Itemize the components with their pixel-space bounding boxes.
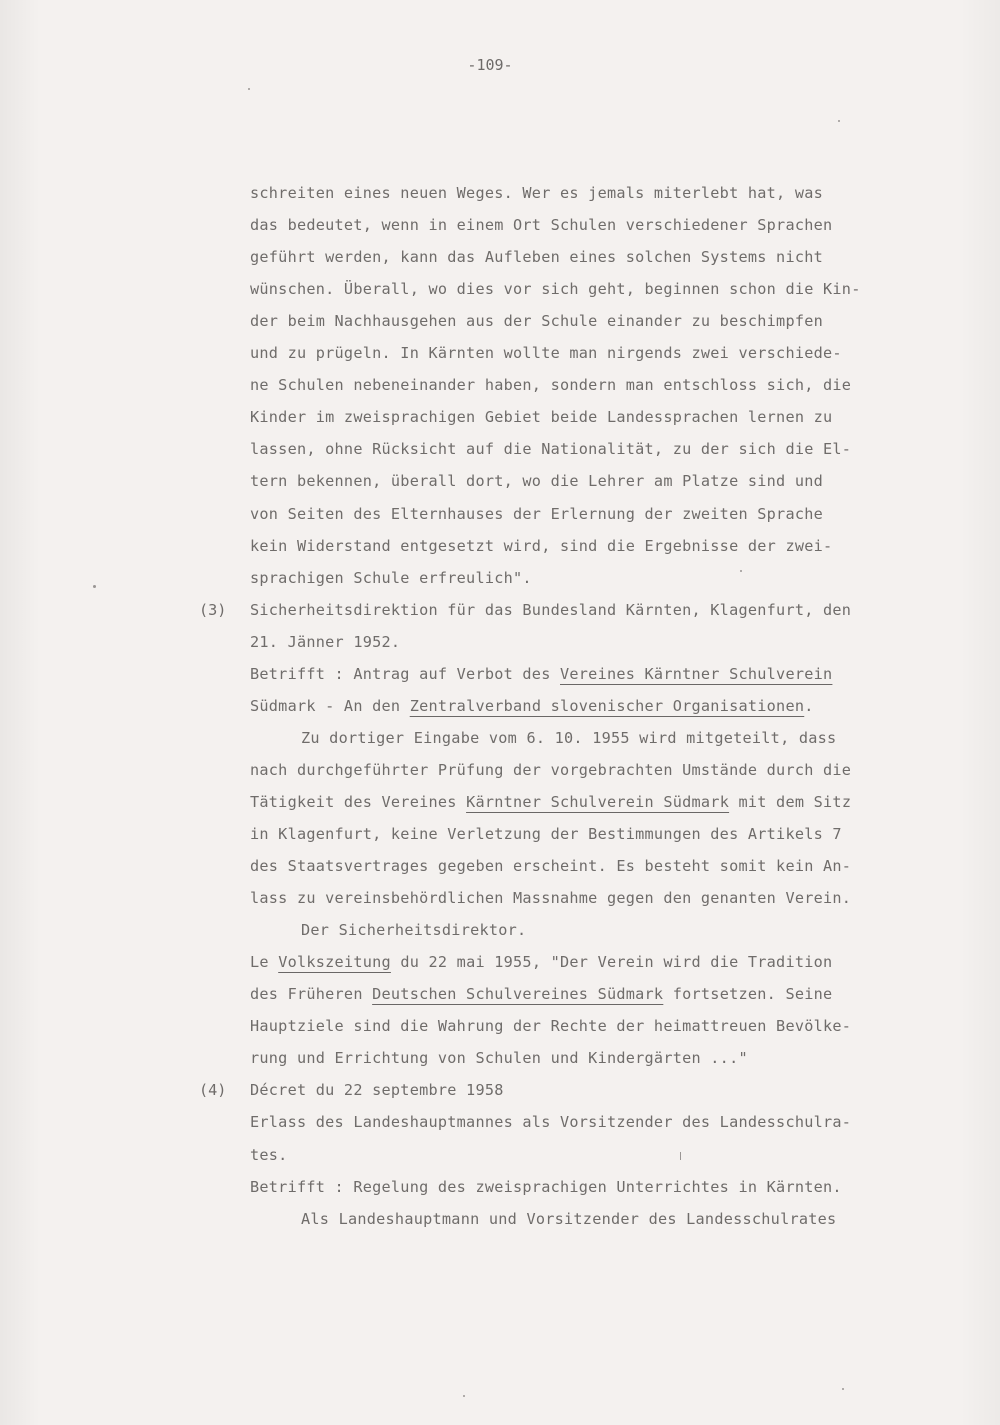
underlined-phrase: Zentralverband slovenischer Organisation… xyxy=(410,697,805,715)
text-segment: 21. Jänner 1952. xyxy=(250,633,400,651)
text-line: nach durchgeführter Prüfung der vorgebra… xyxy=(250,760,851,780)
underlined-phrase: Kärntner Schulverein Südmark xyxy=(466,793,729,811)
text-line: des Früheren Deutschen Schulvereines Süd… xyxy=(250,984,832,1004)
text-line: schreiten eines neuen Weges. Wer es jema… xyxy=(250,183,823,203)
text-segment: tern bekennen, überall dort, wo die Lehr… xyxy=(250,472,823,490)
underlined-phrase: Vereines Kärntner Schulverein xyxy=(560,665,832,683)
text-segment: lassen, ohne Rücksicht auf die Nationali… xyxy=(250,440,851,458)
scan-speck xyxy=(680,1152,681,1160)
text-line: Als Landeshauptmann und Vorsitzender des… xyxy=(301,1209,836,1229)
text-line: und zu prügeln. In Kärnten wollte man ni… xyxy=(250,343,842,363)
text-line: Der Sicherheitsdirektor. xyxy=(301,920,526,940)
text-segment: Der Sicherheitsdirektor. xyxy=(301,921,526,939)
scan-speck xyxy=(842,1388,844,1390)
text-line: wünschen. Überall, wo dies vor sich geht… xyxy=(250,279,861,299)
text-line: Erlass des Landeshauptmannes als Vorsitz… xyxy=(250,1112,851,1132)
scan-speck xyxy=(463,1395,465,1397)
text-segment: ne Schulen nebeneinander haben, sondern … xyxy=(250,376,851,394)
text-line: Südmark - An den Zentralverband slovenis… xyxy=(250,696,814,716)
text-segment: und zu prügeln. In Kärnten wollte man ni… xyxy=(250,344,842,362)
text-line: der beim Nachhausgehen aus der Schule ei… xyxy=(250,311,823,331)
text-segment: Erlass des Landeshauptmannes als Vorsitz… xyxy=(250,1113,851,1131)
text-line: in Klagenfurt, keine Verletzung der Best… xyxy=(250,824,842,844)
scan-speck xyxy=(740,570,742,572)
text-line: Betrifft : Antrag auf Verbot des Vereine… xyxy=(250,664,832,684)
text-segment: Betrifft : Antrag auf Verbot des xyxy=(250,665,560,683)
section-number: (3) xyxy=(199,600,226,620)
text-line: sprachigen Schule erfreulich". xyxy=(250,568,532,588)
text-segment: Betrifft : Regelung des zweisprachigen U… xyxy=(250,1178,842,1196)
text-line: geführt werden, kann das Aufleben eines … xyxy=(250,247,823,267)
scan-speck xyxy=(93,585,96,588)
text-line: lassen, ohne Rücksicht auf die Nationali… xyxy=(250,439,851,459)
text-segment: . xyxy=(804,697,813,715)
text-line: 21. Jänner 1952. xyxy=(250,632,400,652)
scan-speck xyxy=(248,88,250,90)
text-segment: schreiten eines neuen Weges. Wer es jema… xyxy=(250,184,823,202)
page-number: -109- xyxy=(0,56,1000,74)
text-line: kein Widerstand entgesetzt wird, sind di… xyxy=(250,536,832,556)
scan-speck xyxy=(838,120,840,122)
text-segment: lass zu vereinsbehördlichen Massnahme ge… xyxy=(250,889,851,907)
text-segment: des Staatsvertrages gegeben erscheint. E… xyxy=(250,857,851,875)
text-segment: tes. xyxy=(250,1146,288,1164)
text-line: rung und Errichtung von Schulen und Kind… xyxy=(250,1048,748,1068)
text-line: Hauptziele sind die Wahrung der Rechte d… xyxy=(250,1016,851,1036)
text-line: lass zu vereinsbehördlichen Massnahme ge… xyxy=(250,888,851,908)
text-line: tes. xyxy=(250,1145,288,1165)
text-line: Tätigkeit des Vereines Kärntner Schulver… xyxy=(250,792,851,812)
text-segment: nach durchgeführter Prüfung der vorgebra… xyxy=(250,761,851,779)
text-segment: Le xyxy=(250,953,278,971)
text-line: Zu dortiger Eingabe vom 6. 10. 1955 wird… xyxy=(301,728,836,748)
text-line: tern bekennen, überall dort, wo die Lehr… xyxy=(250,471,823,491)
text-segment: Südmark - An den xyxy=(250,697,410,715)
text-segment: in Klagenfurt, keine Verletzung der Best… xyxy=(250,825,842,843)
text-segment: Zu dortiger Eingabe vom 6. 10. 1955 wird… xyxy=(301,729,836,747)
text-segment: Kinder im zweisprachigen Gebiet beide La… xyxy=(250,408,832,426)
text-segment: Sicherheitsdirektion für das Bundesland … xyxy=(250,601,851,619)
text-line: Kinder im zweisprachigen Gebiet beide La… xyxy=(250,407,832,427)
document-page: -109- schreiten eines neuen Weges. Wer e… xyxy=(0,0,1000,1425)
text-segment: das bedeutet, wenn in einem Ort Schulen … xyxy=(250,216,832,234)
text-line: von Seiten des Elternhauses der Erlernun… xyxy=(250,504,823,524)
text-segment: du 22 mai 1955, "Der Verein wird die Tra… xyxy=(391,953,833,971)
text-line: Le Volkszeitung du 22 mai 1955, "Der Ver… xyxy=(250,952,832,972)
text-line: des Staatsvertrages gegeben erscheint. E… xyxy=(250,856,851,876)
underlined-phrase: Volkszeitung xyxy=(278,953,391,971)
text-segment: Als Landeshauptmann und Vorsitzender des… xyxy=(301,1210,836,1228)
text-segment: fortsetzen. Seine xyxy=(663,985,832,1003)
text-line: Sicherheitsdirektion für das Bundesland … xyxy=(250,600,851,620)
text-segment: mit dem Sitz xyxy=(729,793,851,811)
text-line: Décret du 22 septembre 1958 xyxy=(250,1080,504,1100)
text-line: Betrifft : Regelung des zweisprachigen U… xyxy=(250,1177,842,1197)
underlined-phrase: Deutschen Schulvereines Südmark xyxy=(372,985,663,1003)
text-line: ne Schulen nebeneinander haben, sondern … xyxy=(250,375,851,395)
text-segment: rung und Errichtung von Schulen und Kind… xyxy=(250,1049,748,1067)
text-segment: wünschen. Überall, wo dies vor sich geht… xyxy=(250,280,861,298)
page-number-text: -109- xyxy=(467,56,512,74)
text-segment: Hauptziele sind die Wahrung der Rechte d… xyxy=(250,1017,851,1035)
text-segment: kein Widerstand entgesetzt wird, sind di… xyxy=(250,537,832,555)
text-segment: Décret du 22 septembre 1958 xyxy=(250,1081,504,1099)
text-segment: des Früheren xyxy=(250,985,372,1003)
text-line: das bedeutet, wenn in einem Ort Schulen … xyxy=(250,215,832,235)
section-number: (4) xyxy=(199,1080,226,1100)
text-segment: geführt werden, kann das Aufleben eines … xyxy=(250,248,823,266)
text-segment: sprachigen Schule erfreulich". xyxy=(250,569,532,587)
text-segment: Tätigkeit des Vereines xyxy=(250,793,466,811)
text-segment: der beim Nachhausgehen aus der Schule ei… xyxy=(250,312,823,330)
text-segment: von Seiten des Elternhauses der Erlernun… xyxy=(250,505,823,523)
